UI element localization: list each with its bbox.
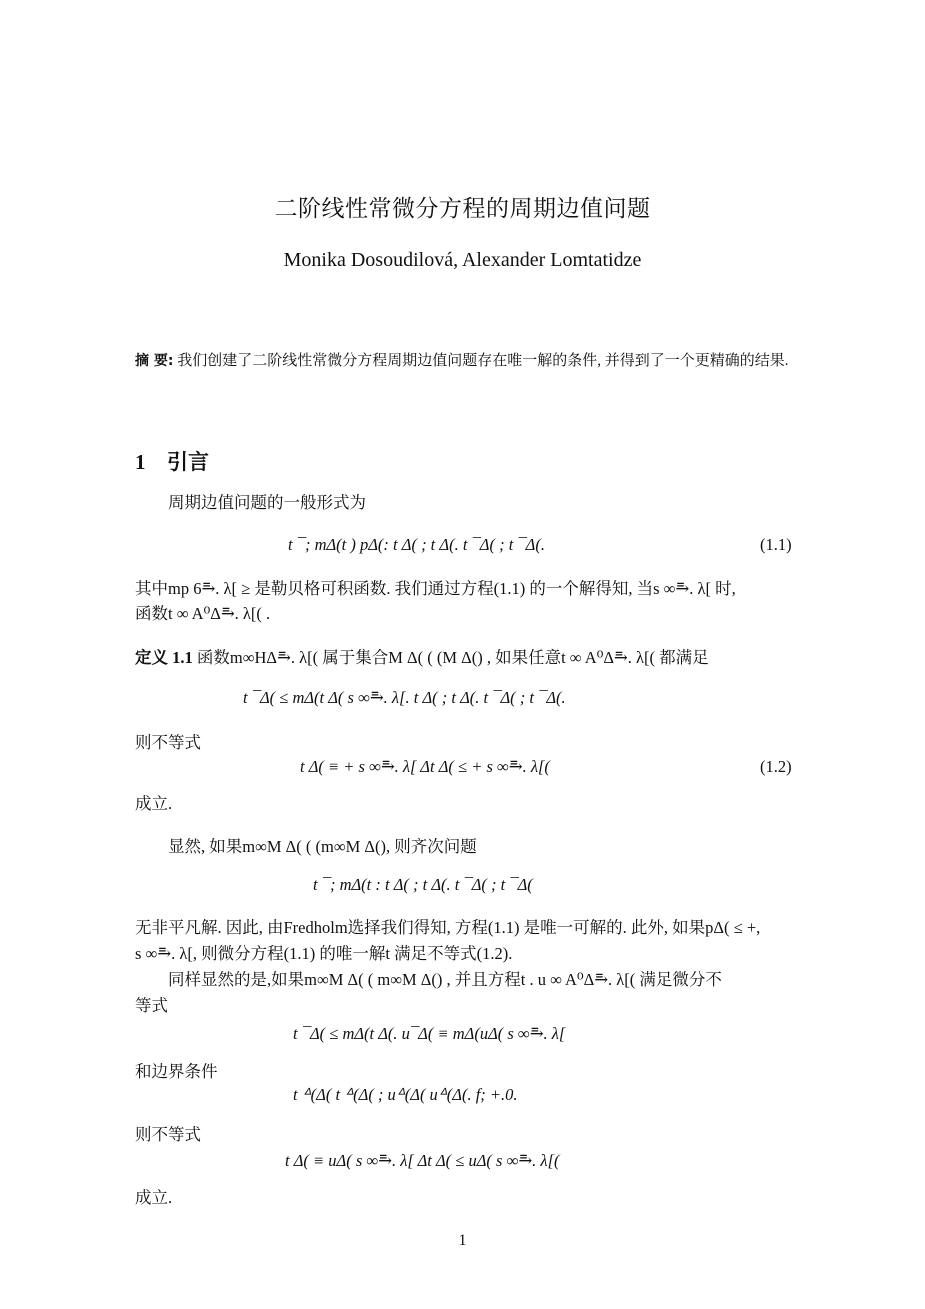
likewise-line-b: 等式	[135, 993, 168, 1019]
differential-inequalities: t ¯Δ( ≤ mΔ(t Δ(. u¯Δ( ≡ mΔ(uΔ( s ∞⥱. λ[	[293, 1024, 565, 1044]
equation-number-1-1: (1.1)	[760, 535, 792, 555]
abstract-text: 我们创建了二阶线性常微分方程周期边值问题存在唯一解的条件, 并得到了一个更精确的…	[173, 353, 788, 369]
definition-text: 函数m∞HΔ⥱. λ[( 属于集合M Δ( ( (M Δ() , 如果任意t ∞…	[193, 648, 709, 667]
where-line-a: 其中mp 6⥱. λ[ ≥ 是勒贝格可积函数. 我们通过方程(1.1) 的一个解…	[135, 576, 736, 602]
abstract: 摘 要: 我们创建了二阶线性常微分方程周期边值问题存在唯一解的条件, 并得到了一…	[135, 348, 795, 374]
then-inequality-1: 则不等式	[135, 730, 201, 756]
holds-2: 成立.	[135, 1185, 172, 1211]
section-number: 1	[135, 450, 167, 475]
boundary-conditions: t ᐞ(Δ( t ᐞ(Δ( ; uᐞ(Δ( uᐞ(Δ(. f; +.0.	[293, 1085, 518, 1105]
nontrivial-line-b: s ∞⥱. λ[, 则微分方程(1.1) 的唯一解t 满足不等式(1.2).	[135, 941, 512, 967]
homogeneous-equation: t ¯; mΔ(t : t Δ( ; t Δ(. t ¯Δ( ; t ¯Δ(	[313, 875, 533, 895]
paper-title: 二阶线性常微分方程的周期边值问题	[0, 190, 925, 223]
boundary-label: 和边界条件	[135, 1059, 218, 1085]
definition-1-1: 定义 1.1 函数m∞HΔ⥱. λ[( 属于集合M Δ( ( (M Δ() , …	[135, 645, 709, 671]
definition-equation: t ¯Δ( ≤ mΔ(t Δ( s ∞⥱. λ[. t Δ( ; t Δ(. t…	[243, 688, 566, 708]
obvious-paragraph: 显然, 如果m∞M Δ( ( (m∞M Δ(), 则齐次问题	[168, 834, 477, 860]
then-inequality-2: 则不等式	[135, 1122, 201, 1148]
section-title: 引言	[167, 450, 209, 474]
page-number: 1	[0, 1232, 925, 1250]
where-line-b: 函数t ∞ A⁰Δ⥱. λ[( .	[135, 601, 270, 627]
paper-authors: Monika Dosoudilová, Alexander Lomtatidze	[0, 249, 925, 272]
likewise-line-a: 同样显然的是,如果m∞M Δ( ( m∞M Δ() , 并且方程t . u ∞ …	[168, 967, 722, 993]
abstract-label: 摘 要:	[135, 353, 173, 369]
intro-sentence: 周期边值问题的一般形式为	[168, 490, 366, 516]
equation-number-1-2: (1.2)	[760, 757, 792, 777]
holds-1: 成立.	[135, 791, 172, 817]
equation-1-2: t Δ( ≡ + s ∞⥱. λ[ Δt Δ( ≤ + s ∞⥱. λ[(	[300, 757, 550, 777]
section-heading: 1引言	[135, 446, 209, 476]
nontrivial-line-a: 无非平凡解. 因此, 由Fredholm选择我们得知, 方程(1.1) 是唯一可…	[135, 915, 760, 941]
equation-1-1: t ¯; mΔ(t ) pΔ(: t Δ( ; t Δ(. t ¯Δ( ; t …	[288, 535, 545, 555]
definition-label: 定义 1.1	[135, 648, 193, 667]
final-inequality: t Δ( ≡ uΔ( s ∞⥱. λ[ Δt Δ( ≤ uΔ( s ∞⥱. λ[…	[285, 1151, 559, 1171]
